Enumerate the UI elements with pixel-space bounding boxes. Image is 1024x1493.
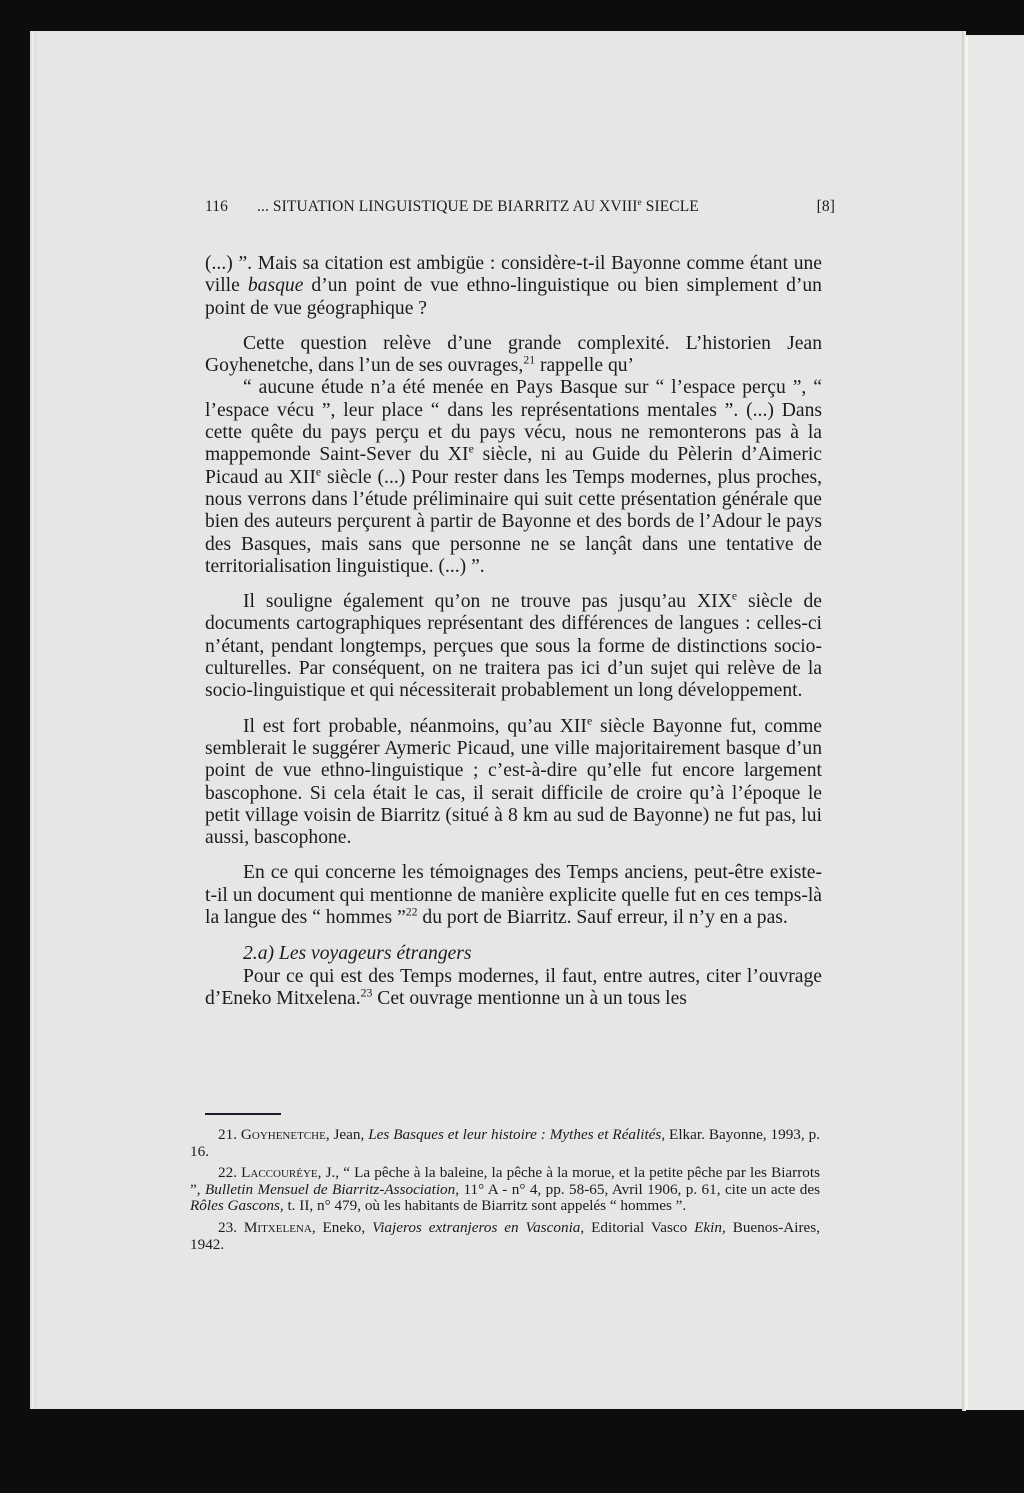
footnote-ref-21[interactable]: 21 (523, 354, 535, 367)
footnote-number: 22. (218, 1164, 241, 1181)
running-title-suffix: SIECLE (642, 198, 699, 215)
book-title: Les Basques et leur histoire : Mythes et… (368, 1126, 665, 1143)
text: t. II, n° 479, où les habitants de Biarr… (284, 1197, 687, 1214)
footnote-ref-22[interactable]: 22 (406, 905, 418, 918)
author: Mitxelena (244, 1219, 312, 1236)
footnote-number: 21. (218, 1126, 241, 1143)
text: Cette question relève d’une grande compl… (205, 333, 822, 376)
footnote-ref-23[interactable]: 23 (361, 986, 373, 999)
footnote-21: 21. Goyhenetche, Jean, Les Basques et le… (190, 1127, 820, 1160)
text: Editorial Vasco (584, 1219, 694, 1236)
footnotes: 21. Goyhenetche, Jean, Les Basques et le… (190, 1127, 820, 1258)
paragraph-5: Il est fort probable, néanmoins, qu’au X… (205, 716, 822, 850)
text: , Jean, (326, 1126, 368, 1143)
text: 11° A - n° 4, pp. 58-65, Avril 1906, p. … (459, 1181, 820, 1198)
text: Il est fort probable, néanmoins, qu’au X… (243, 716, 587, 737)
text: Cet ouvrage mentionne un à un tous les (372, 988, 687, 1009)
facing-page-edge (966, 35, 1024, 1410)
text: Il souligne également qu’on ne trouve pa… (243, 591, 732, 612)
running-title-text: ... SITUATION LINGUISTIQUE DE BIARRITZ A… (257, 198, 638, 215)
publisher-name: Ekin, (694, 1219, 726, 1236)
emphasis: basque (248, 275, 304, 296)
section-number: [8] (817, 198, 835, 216)
paragraph-4: Il souligne également qu’on ne trouve pa… (205, 591, 822, 702)
author: Laccouréye (241, 1164, 318, 1181)
running-head: 116 ... SITUATION LINGUISTIQUE DE BIARRI… (205, 198, 835, 216)
paragraph-2: Cette question relève d’une grande compl… (205, 333, 822, 378)
footnote-separator (205, 1113, 281, 1115)
section-heading: 2.a) Les voyageurs étrangers (205, 943, 822, 965)
text: , Eneko, (312, 1219, 372, 1236)
paragraph-6: En ce qui concerne les témoignages des T… (205, 862, 822, 929)
footnote-22: 22. Laccouréye, J., “ La pêche à la bale… (190, 1165, 820, 1215)
footnote-23: 23. Mitxelena, Eneko, Viajeros extranjer… (190, 1220, 820, 1253)
block-quote: “ aucune étude n’a été menée en Pays Bas… (205, 377, 822, 578)
author: Goyhenetche (241, 1126, 326, 1143)
book-title: Viajeros extranjeros en Vasconia, (372, 1219, 584, 1236)
source-title: Rôles Gascons, (190, 1197, 284, 1214)
text: rappelle qu’ (535, 355, 634, 376)
journal-title: Bulletin Mensuel de Biarritz-Association… (205, 1181, 459, 1198)
body-text: (...) ”. Mais sa citation est ambigüe : … (205, 253, 822, 1010)
text: du port de Biarritz. Sauf erreur, il n’y… (418, 907, 788, 928)
paragraph-7: Pour ce qui est des Temps modernes, il f… (205, 966, 822, 1011)
page-stack-edge (30, 31, 36, 1409)
footnote-number: 23. (218, 1219, 244, 1236)
page-number: 116 (205, 198, 257, 216)
running-title: ... SITUATION LINGUISTIQUE DE BIARRITZ A… (257, 198, 817, 216)
paragraph-1: (...) ”. Mais sa citation est ambigüe : … (205, 253, 822, 320)
